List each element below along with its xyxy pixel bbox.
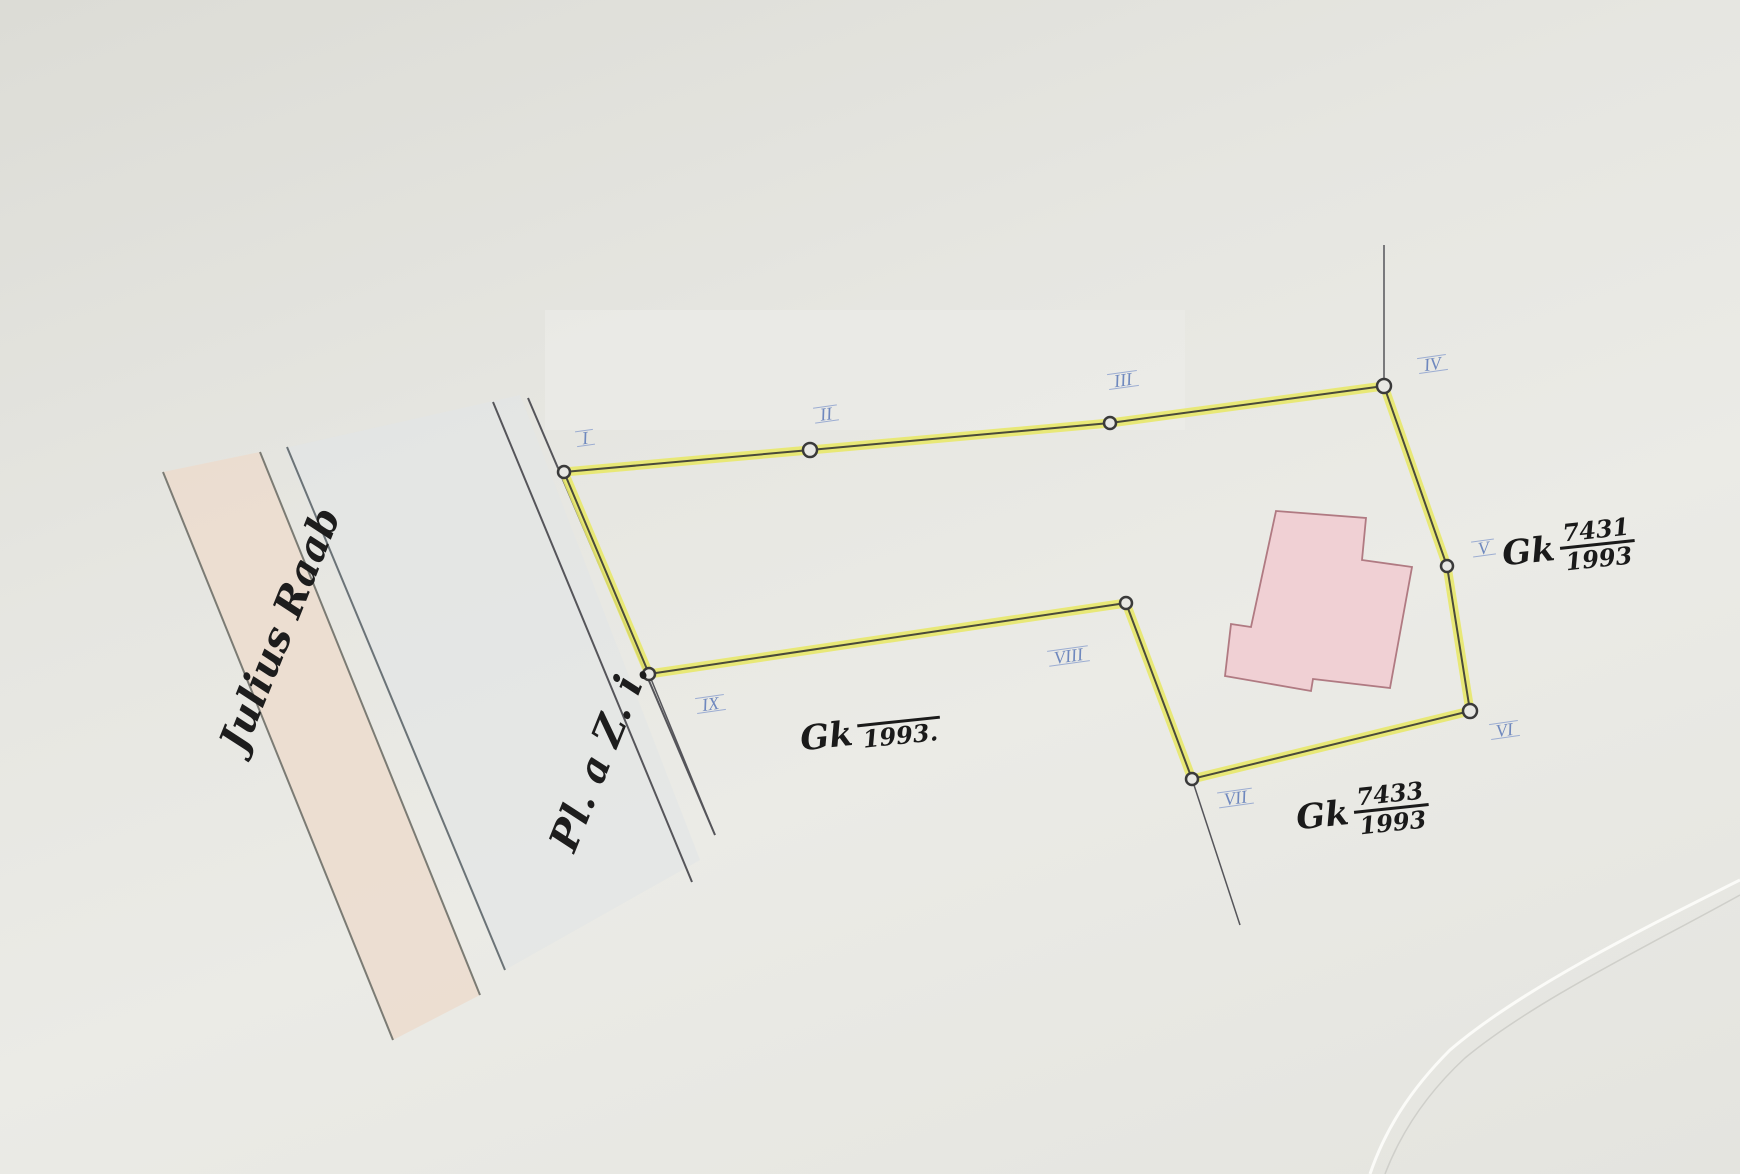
- point-marker-v: [1441, 560, 1453, 572]
- parcel-prefix: Gk: [798, 714, 854, 759]
- building-footprint: [1225, 511, 1412, 691]
- point-label-v: V: [1471, 538, 1496, 557]
- parcel-fraction: 7433 1993: [1351, 777, 1431, 840]
- point-marker-i: [558, 466, 570, 478]
- point-marker-iv: [1377, 379, 1391, 393]
- point-marker-vii: [1186, 773, 1198, 785]
- point-marker-vi: [1463, 704, 1477, 718]
- map-drawing: [0, 0, 1740, 1174]
- point-label-viii: VIII: [1047, 645, 1090, 667]
- parcel-prefix: Gk: [1500, 529, 1556, 574]
- paper-crease: [1385, 895, 1740, 1174]
- point-marker-iii: [1104, 417, 1116, 429]
- point-marker-viii: [1120, 597, 1132, 609]
- paper-patch: [545, 310, 1185, 430]
- point-label-i: I: [575, 429, 595, 447]
- survey-plan: Julius Raab Pl. a Z. i. I II III IV V VI…: [0, 0, 1740, 1174]
- parcel-fraction: 7431 1993: [1557, 513, 1637, 576]
- point-label-ii: II: [813, 404, 839, 423]
- point-marker-ii: [803, 443, 817, 457]
- parcel-prefix: Gk: [1294, 793, 1350, 838]
- paper-crease: [1370, 880, 1740, 1174]
